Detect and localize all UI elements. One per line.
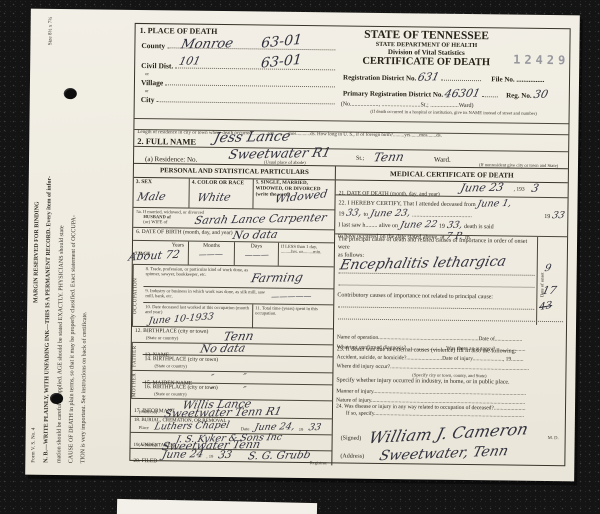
cert-title: CERTIFICATE OF DEATH: [341, 55, 511, 68]
punch-hole-top: [64, 88, 77, 99]
burial-year-value: 33: [307, 422, 322, 433]
father-strip-label: FATHER: [131, 343, 142, 370]
onset-mark-3: 43: [539, 300, 553, 313]
place-of-death-title: 1. PLACE OF DEATH: [140, 26, 338, 37]
address-label: (Address): [340, 452, 364, 460]
informant-address-label: (Address): [139, 409, 157, 414]
totaltime-label: 11. Total time (years) spent in this occ…: [255, 305, 331, 316]
left-section-title-cell: PERSONAL AND STATISTICAL PARTICULARS: [134, 164, 336, 179]
village-label: Village: [141, 78, 163, 87]
certificate-stamp-number: 12429: [513, 53, 569, 68]
signed-label: (Signed): [341, 434, 362, 442]
reg-district-value: 631: [417, 70, 441, 83]
date-of-death-year-value: 3: [530, 182, 540, 195]
md-label: M. D.: [548, 435, 559, 440]
onset-mark-1: 9: [543, 263, 552, 274]
filed-date-value: June 24: [161, 448, 205, 461]
certificate-form: 1. PLACE OF DEATH County Civil Dist. or …: [129, 23, 570, 466]
death-certificate-document: Form V. S. No. 4 MARGIN RESERVED FOR BIN…: [25, 9, 580, 482]
margin-line4: TION is very important. See instructions…: [78, 311, 92, 463]
ward-label: Ward.: [434, 156, 451, 164]
age-years-value: About 72: [128, 248, 181, 264]
certify-year1-value: 33,: [345, 208, 363, 219]
personal-particulars-column: 3. SEX Male 4. COLOR OR RACE White 5. SI…: [130, 178, 335, 465]
filed-year-prefix: , 19: [206, 454, 213, 459]
burial-year-prefix: 19: [299, 427, 304, 432]
civil-dist-value: 101: [178, 54, 202, 67]
nonresident-note: (If nonresident give city or town and St…: [479, 162, 569, 168]
burial-date-label: Date: [241, 426, 250, 431]
primary-reg-label: Primary Registration District No.: [343, 89, 443, 98]
occupation-strip-label: OCCUPATION: [132, 265, 144, 326]
full-name-label: 2. FULL NAME: [137, 136, 196, 147]
personal-particulars-title: PERSONAL AND STATISTICAL PARTICULARS: [160, 167, 309, 176]
race-value: White: [196, 191, 232, 205]
cause-of-death-block: Date of onset The principal cause of dea…: [334, 234, 567, 327]
physician-address: Sweetwater, Tenn: [378, 443, 510, 464]
lastsaw-line-2: death is said: [464, 223, 494, 231]
filed-label: 20. FILED: [130, 458, 157, 464]
next-page-edge: [117, 499, 317, 514]
age-months-label: Months: [191, 243, 232, 250]
certify-year2-prefix: 19: [544, 213, 550, 221]
sex-label: 3. SEX: [136, 179, 187, 186]
burial-place-value: Luthers Chapel: [153, 420, 230, 433]
medical-certificate-title: MEDICAL CERTIFICATE OF DEATH: [390, 170, 514, 180]
civil-dist-label: Civil Dist.: [141, 61, 173, 70]
reg-no-value: 30: [532, 88, 549, 101]
father-group: FATHER 13. NAME No data 14. BIRTHPLACE (…: [131, 343, 332, 373]
lastsaw-year-value: 33,: [446, 220, 464, 231]
contributory-label: Contributory causes of importance not re…: [337, 291, 493, 301]
date-of-death-year-prefix: , 193: [514, 187, 525, 194]
age-days-value: ———: [244, 250, 270, 260]
sex-value: Male: [136, 190, 167, 204]
residence-label: (a) Residence: No.: [145, 155, 197, 164]
test-row: What test confirmed diagnosis?..........…: [334, 334, 566, 347]
father-bp-sub: (State or country): [142, 363, 332, 370]
abode-note: (Usual place of abode): [264, 160, 306, 166]
mother-strip-label: MOTHER: [131, 371, 142, 398]
binding-margin: Form V. S. No. 4 MARGIN RESERVED FOR BIN…: [27, 17, 112, 464]
cause-of-death-value: Encephalitis lethargica: [338, 254, 507, 274]
county-value: Monroe: [180, 36, 235, 52]
father-name-value: No data: [199, 342, 247, 356]
lastsaw-year-prefix: 19: [439, 223, 445, 231]
date-of-death-value: June 23: [459, 181, 505, 195]
mother-bp-value: ″ ″: [209, 386, 247, 397]
undertaker-address-label: (Address): [139, 442, 157, 447]
occupation-group: OCCUPATION 8. Trade, profession, or part…: [132, 265, 334, 329]
certify-to-label: to: [363, 211, 368, 219]
spouse-row: 5a. If married, widowed, or divorced HUS…: [133, 208, 334, 230]
sex-race-marital-row: 3. SEX Male 4. COLOR OR RACE White 5. SI…: [133, 178, 334, 210]
certify-year2-value: 33: [551, 210, 566, 221]
trade-label: 8. Trade, profession, or particular kind…: [144, 265, 254, 277]
age-months-value: ———: [198, 250, 224, 260]
registrar-label: Registrar.: [310, 460, 328, 465]
maiden-value: ″ ″: [209, 373, 247, 384]
margin-form-number: Form V. S. No. 4: [28, 428, 41, 463]
burial-place-label: Place: [139, 425, 149, 430]
filed-row: 20. FILED June 24 , 19 33 S. G. Grubb Re…: [130, 449, 331, 465]
margin-size-note: Size 8½ x 7¾: [46, 17, 59, 46]
onset-mark-2: 17: [541, 284, 558, 297]
trade-value: Farming: [250, 270, 305, 285]
industry-label: 9. Industry or business in which work wa…: [143, 287, 265, 299]
primary-reg-value: 46301: [444, 87, 482, 101]
age-less-label: If LESS than 1 day, .........hrs. or....…: [281, 244, 332, 255]
residence-state-value: Tenn: [372, 150, 405, 165]
industry-value: —————: [270, 291, 312, 301]
state-title: STATE OF TENNESSEE: [342, 28, 512, 42]
medical-certificate-column: 21. DATE OF DEATH (month, day, and year)…: [332, 180, 567, 468]
certify-from-value: June 1,: [476, 198, 513, 210]
external-causes-block: 23. If death was due to external causes …: [333, 344, 566, 405]
lastsaw-line-1: I last saw h........ alive on: [338, 222, 398, 231]
county-label: County: [141, 41, 165, 50]
punch-hole-bottom: [50, 393, 63, 404]
specify-label: Specify whether injury occurred in indus…: [336, 376, 562, 388]
signature-block: (Signed) William J. Cameron M. D. (Addre…: [332, 420, 565, 468]
race-label: 4. COLOR OR RACE: [192, 180, 251, 187]
st-label: St.;: [356, 156, 364, 162]
full-name-value: Jess Lance: [212, 129, 292, 147]
certify-year1-prefix: 19: [338, 211, 344, 219]
reg-no-label: Reg. No.: [506, 91, 532, 99]
lastsaw-value: June 22: [399, 219, 439, 231]
certify-block: 22. I HEREBY CERTIFY, That I attended de…: [335, 195, 567, 237]
reg-district-label: Registration District No.: [343, 73, 416, 82]
dob-value: No data: [231, 228, 279, 242]
form-header: 1. PLACE OF DEATH County Civil Dist. or …: [135, 24, 570, 124]
trade-row: 8. Trade, profession, or particular kind…: [143, 265, 333, 289]
city-label: City: [141, 95, 155, 104]
age-row: 7. AGE Years About 72 Months ——— Days ——…: [133, 241, 334, 267]
registrar-signature: S. G. Grubb: [247, 449, 312, 462]
file-no-label: File No. ................: [491, 75, 544, 84]
lastwork-row: 10. Date deceased last worked at this oc…: [143, 303, 333, 329]
certify-to-value: June 23,: [369, 208, 412, 220]
filed-year-value: 33: [217, 449, 233, 461]
